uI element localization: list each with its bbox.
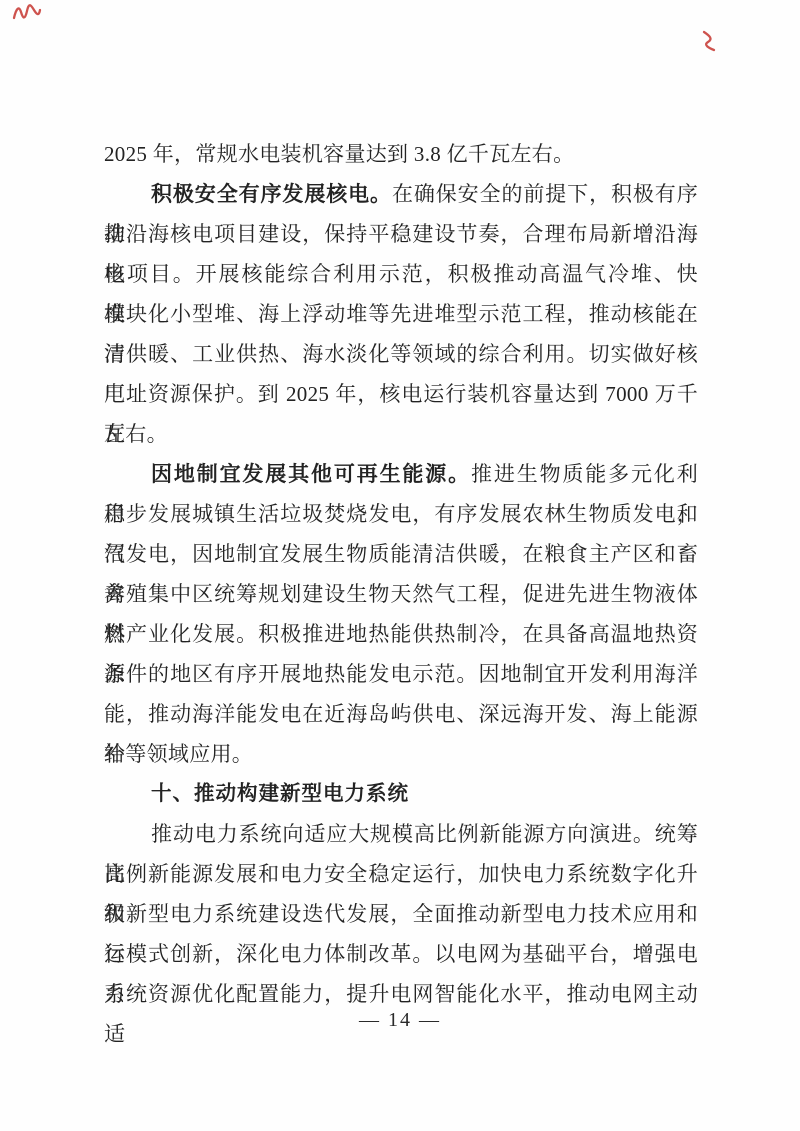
document-page: 2025 年，常规水电装机容量达到 3.8 亿千瓦左右。积极安全有序发展核电。在…	[0, 0, 800, 1131]
text-line: 气发电，因地制宜发展生物质能清洁供暖，在粮食主产区和畜禽	[104, 534, 698, 574]
text-line: 养殖集中区统筹规划建设生物天然气工程，促进先进生物液体燃	[104, 574, 698, 614]
text-line: 厂址资源保护。到 2025 年，核电运行装机容量达到 7000 万千瓦	[104, 374, 698, 414]
text-line: 行模式创新，深化电力体制改革。以电网为基础平台，增强电力	[104, 934, 698, 974]
red-ink-scribble-icon	[700, 30, 718, 52]
text-line: 料产业化发展。积极推进地热能供热制冷，在具备高温地热资源	[104, 614, 698, 654]
text-line: 条件的地区有序开展地热能发电示范。因地制宜开发利用海洋	[104, 654, 698, 694]
text-line: 给等领域应用。	[104, 734, 698, 774]
text-line: 比例新能源发展和电力安全稳定运行，加快电力系统数字化升级	[104, 854, 698, 894]
document-body: 2025 年，常规水电装机容量达到 3.8 亿千瓦左右。积极安全有序发展核电。在…	[104, 134, 698, 1014]
body-text: 给等领域应用。	[104, 742, 253, 766]
text-line: 左右。	[104, 414, 698, 454]
bold-lead-text: 因地制宜发展其他可再生能源。	[151, 462, 471, 486]
text-line: 2025 年，常规水电装机容量达到 3.8 亿千瓦左右。	[104, 134, 698, 174]
body-text: 条件的地区有序开展地热能发电示范。因地制宜开发利用海洋	[104, 662, 698, 686]
text-line: 稳步发展城镇生活垃圾焚烧发电，有序发展农林生物质发电和沼	[104, 494, 698, 534]
text-line: 电项目。开展核能综合利用示范，积极推动高温气冷堆、快堆、	[104, 254, 698, 294]
text-line: 动沿海核电项目建设，保持平稳建设节奏，合理布局新增沿海核	[104, 214, 698, 254]
text-line: 积极安全有序发展核电。在确保安全的前提下，积极有序推	[104, 174, 698, 214]
bold-lead-text: 十、推动构建新型电力系统	[151, 782, 409, 805]
page-number: — 14 —	[0, 1000, 800, 1040]
section-heading: 十、推动构建新型电力系统	[104, 774, 698, 814]
text-line: 推动电力系统向适应大规模高比例新能源方向演进。统筹高	[104, 814, 698, 854]
body-text: 左右。	[104, 422, 168, 446]
text-line: 模块化小型堆、海上浮动堆等先进堆型示范工程，推动核能在清	[104, 294, 698, 334]
body-text: 2025 年，常规水电装机容量达到 3.8 亿千瓦左右。	[104, 142, 574, 166]
bold-lead-text: 积极安全有序发展核电。	[151, 182, 392, 206]
red-ink-scribble-icon	[12, 2, 42, 22]
text-line: 因地制宜发展其他可再生能源。推进生物质能多元化利用，	[104, 454, 698, 494]
text-line: 能，推动海洋能发电在近海岛屿供电、深远海开发、海上能源补	[104, 694, 698, 734]
text-line: 和新型电力系统建设迭代发展，全面推动新型电力技术应用和运	[104, 894, 698, 934]
text-line: 洁供暖、工业供热、海水淡化等领域的综合利用。切实做好核电	[104, 334, 698, 374]
